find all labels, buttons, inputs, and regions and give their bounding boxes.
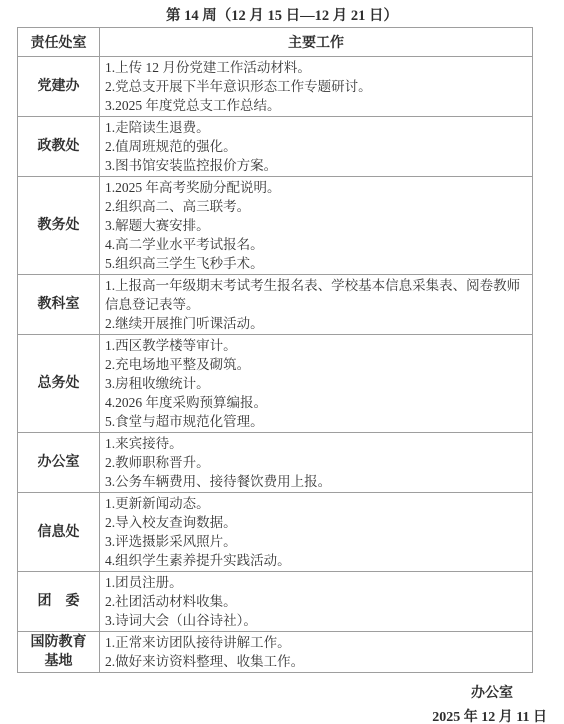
task-item: 1.团员注册。 [105, 573, 528, 592]
tasks-cell: 1.团员注册。2.社团活动材料收集。3.诗词大会（山谷诗社）。 [100, 572, 533, 632]
department-cell: 国防教育基地 [18, 632, 100, 673]
tasks-cell: 1.2025 年高考奖励分配说明。2.组织高二、高三联考。3.解题大赛安排。4.… [100, 177, 533, 275]
task-item: 4.2026 年度采购预算编报。 [105, 393, 528, 412]
task-item: 1.正常来访团队接待讲解工作。 [105, 633, 528, 652]
page-title: 第 14 周（12 月 15 日—12 月 21 日） [0, 0, 564, 26]
tasks-cell: 1.西区教学楼等审计。2.充电场地平整及砌筑。3.房租收缴统计。4.2026 年… [100, 335, 533, 433]
department-cell: 总务处 [18, 335, 100, 433]
task-item: 3.诗词大会（山谷诗社）。 [105, 611, 528, 630]
tasks-cell: 1.更新新闻动态。2.导入校友查询数据。3.评选摄影采风照片。4.组织学生素养提… [100, 493, 533, 572]
task-item: 2.组织高二、高三联考。 [105, 197, 528, 216]
tasks-cell: 1.上传 12 月份党建工作活动材料。2.党总支开展下半年意识形态工作专题研讨。… [100, 57, 533, 117]
task-item: 4.高二学业水平考试报名。 [105, 235, 528, 254]
task-item: 1.更新新闻动态。 [105, 494, 528, 513]
task-item: 1.2025 年高考奖励分配说明。 [105, 178, 528, 197]
task-item: 3.2025 年度党总支工作总结。 [105, 96, 528, 115]
table-row: 教务处1.2025 年高考奖励分配说明。2.组织高二、高三联考。3.解题大赛安排… [18, 177, 533, 275]
task-item: 3.评选摄影采风照片。 [105, 532, 528, 551]
weekly-work-table: 责任处室 主要工作 党建办1.上传 12 月份党建工作活动材料。2.党总支开展下… [17, 27, 533, 673]
department-cell: 教务处 [18, 177, 100, 275]
column-header-department: 责任处室 [18, 28, 100, 57]
department-cell: 团 委 [18, 572, 100, 632]
footer-signature: 办公室 [0, 684, 564, 703]
task-item: 1.西区教学楼等审计。 [105, 336, 528, 355]
table-row: 团 委1.团员注册。2.社团活动材料收集。3.诗词大会（山谷诗社）。 [18, 572, 533, 632]
footer-date: 2025 年 12 月 11 日 [0, 708, 564, 724]
task-item: 1.来宾接待。 [105, 434, 528, 453]
task-item: 2.继续开展推门听课活动。 [105, 314, 528, 333]
task-item: 4.组织学生素养提升实践活动。 [105, 551, 528, 570]
task-item: 2.社团活动材料收集。 [105, 592, 528, 611]
task-item: 5.组织高三学生飞秒手术。 [105, 254, 528, 273]
tasks-cell: 1.走陪读生退费。2.值周班规范的强化。3.图书馆安装监控报价方案。 [100, 117, 533, 177]
department-cell: 党建办 [18, 57, 100, 117]
tasks-cell: 1.正常来访团队接待讲解工作。2.做好来访资料整理、收集工作。 [100, 632, 533, 673]
task-item: 2.导入校友查询数据。 [105, 513, 528, 532]
task-item: 3.房租收缴统计。 [105, 374, 528, 393]
task-item: 1.上传 12 月份党建工作活动材料。 [105, 58, 528, 77]
tasks-cell: 1.上报高一年级期末考试考生报名表、学校基本信息采集表、阅卷教师信息登记表等。2… [100, 275, 533, 335]
task-item: 2.充电场地平整及砌筑。 [105, 355, 528, 374]
task-item: 2.教师职称晋升。 [105, 453, 528, 472]
task-item: 1.走陪读生退费。 [105, 118, 528, 137]
department-cell: 政教处 [18, 117, 100, 177]
table-row: 国防教育基地1.正常来访团队接待讲解工作。2.做好来访资料整理、收集工作。 [18, 632, 533, 673]
task-item: 1.上报高一年级期末考试考生报名表、学校基本信息采集表、阅卷教师信息登记表等。 [105, 276, 528, 314]
department-cell: 教科室 [18, 275, 100, 335]
tasks-cell: 1.来宾接待。2.教师职称晋升。3.公务车辆费用、接待餐饮费用上报。 [100, 433, 533, 493]
task-item: 2.党总支开展下半年意识形态工作专题研讨。 [105, 77, 528, 96]
table-row: 党建办1.上传 12 月份党建工作活动材料。2.党总支开展下半年意识形态工作专题… [18, 57, 533, 117]
task-item: 3.图书馆安装监控报价方案。 [105, 156, 528, 175]
task-item: 3.解题大赛安排。 [105, 216, 528, 235]
document-page: 第 14 周（12 月 15 日—12 月 21 日） 责任处室 主要工作 党建… [0, 0, 564, 724]
table-row: 信息处1.更新新闻动态。2.导入校友查询数据。3.评选摄影采风照片。4.组织学生… [18, 493, 533, 572]
table-row: 办公室1.来宾接待。2.教师职称晋升。3.公务车辆费用、接待餐饮费用上报。 [18, 433, 533, 493]
task-item: 2.值周班规范的强化。 [105, 137, 528, 156]
header-row: 责任处室 主要工作 [18, 28, 533, 57]
task-item: 2.做好来访资料整理、收集工作。 [105, 652, 528, 671]
task-item: 5.食堂与超市规范化管理。 [105, 412, 528, 431]
task-item: 3.公务车辆费用、接待餐饮费用上报。 [105, 472, 528, 491]
table-row: 教科室1.上报高一年级期末考试考生报名表、学校基本信息采集表、阅卷教师信息登记表… [18, 275, 533, 335]
table-row: 政教处1.走陪读生退费。2.值周班规范的强化。3.图书馆安装监控报价方案。 [18, 117, 533, 177]
department-cell: 信息处 [18, 493, 100, 572]
column-header-main-work: 主要工作 [100, 28, 533, 57]
department-cell: 办公室 [18, 433, 100, 493]
table-row: 总务处1.西区教学楼等审计。2.充电场地平整及砌筑。3.房租收缴统计。4.202… [18, 335, 533, 433]
